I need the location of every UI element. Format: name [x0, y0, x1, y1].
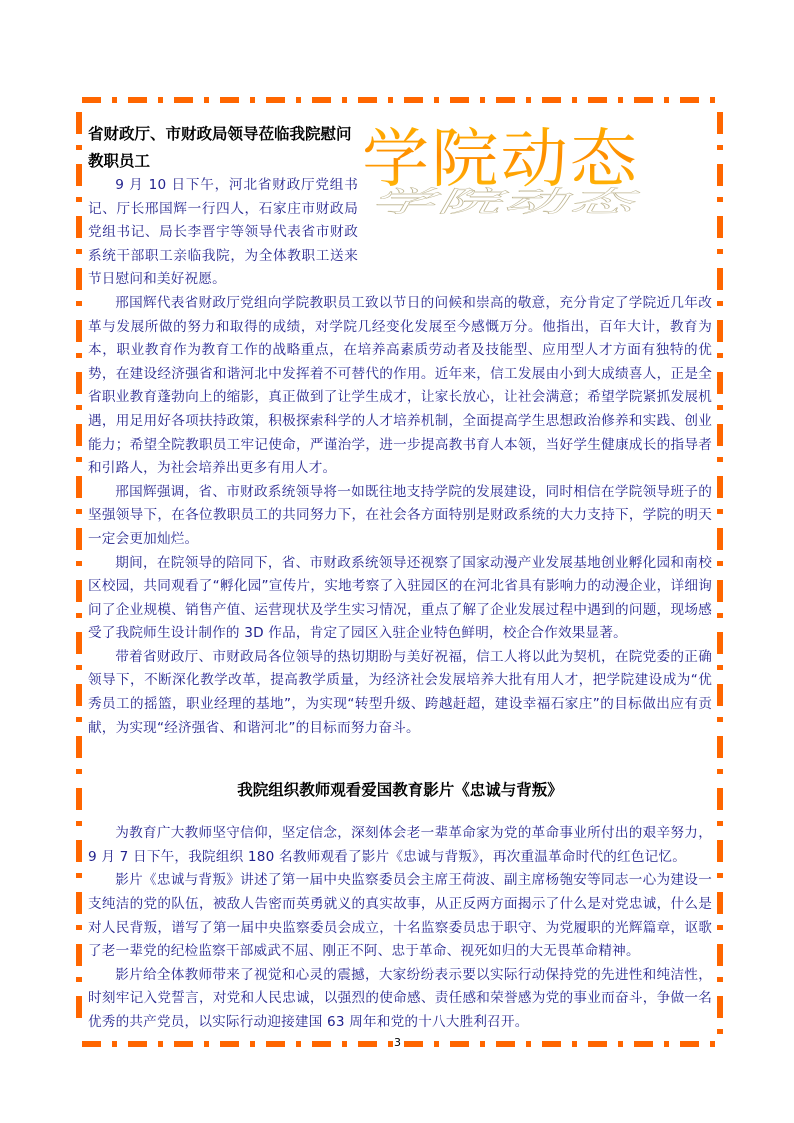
article-1-title: 省财政厅、市财政局领导莅临我院慰问教职员工 [88, 120, 358, 174]
page-content: 省财政厅、市财政局领导莅临我院慰问教职员工 9 月 10 日下午，河北省财政厅党… [88, 120, 712, 1035]
article-2-paragraph: 为教育广大教师坚守信仰，坚定信念，深刻体会老一辈革命家为党的革命事业所付出的艰辛… [88, 822, 712, 869]
article-2-title: 我院组织教师观看爱国教育影片《忠诚与背叛》 [88, 778, 712, 802]
document-page: 学院动态 学院动态 省财政厅、市财政局领导莅临我院慰问教职员工 9 月 10 日… [0, 0, 794, 1123]
decorative-border-bottom [82, 1041, 722, 1047]
article-1-paragraph: 期间，在院领导的陪同下，省、市财政系统领导还视察了国家动漫产业发展基地创业孵化园… [88, 552, 712, 646]
decorative-border-top [82, 97, 722, 103]
article-2-paragraph: 影片《忠诚与背叛》讲述了第一届中央监察委员会主席王荷波、副主席杨匏安等同志一心为… [88, 869, 712, 963]
page-number: 3 [393, 1037, 402, 1049]
decorative-border-right [717, 112, 723, 1042]
article-1-paragraph: 9 月 10 日下午，河北省财政厅党组书记、厅长邢国辉一行四人，石家庄市财政局党… [88, 174, 358, 292]
article-1-paragraph: 邢国辉代表省财政厅党组向学院教职员工致以节日的问候和崇高的敬意，充分肯定了学院近… [88, 292, 712, 481]
article-1-paragraph: 邢国辉强调，省、市财政系统领导将一如既往地支持学院的发展建设，同时相信在学院领导… [88, 481, 712, 552]
article-1-paragraph: 带着省财政厅、市财政局各位领导的热切期盼与美好祝福，信工人将以此为契机，在院党委… [88, 646, 712, 740]
article-2-paragraph: 影片给全体教师带来了视觉和心灵的震撼，大家纷纷表示要以实际行动保持党的先进性和纯… [88, 964, 712, 1035]
decorative-border-left [76, 112, 82, 1022]
